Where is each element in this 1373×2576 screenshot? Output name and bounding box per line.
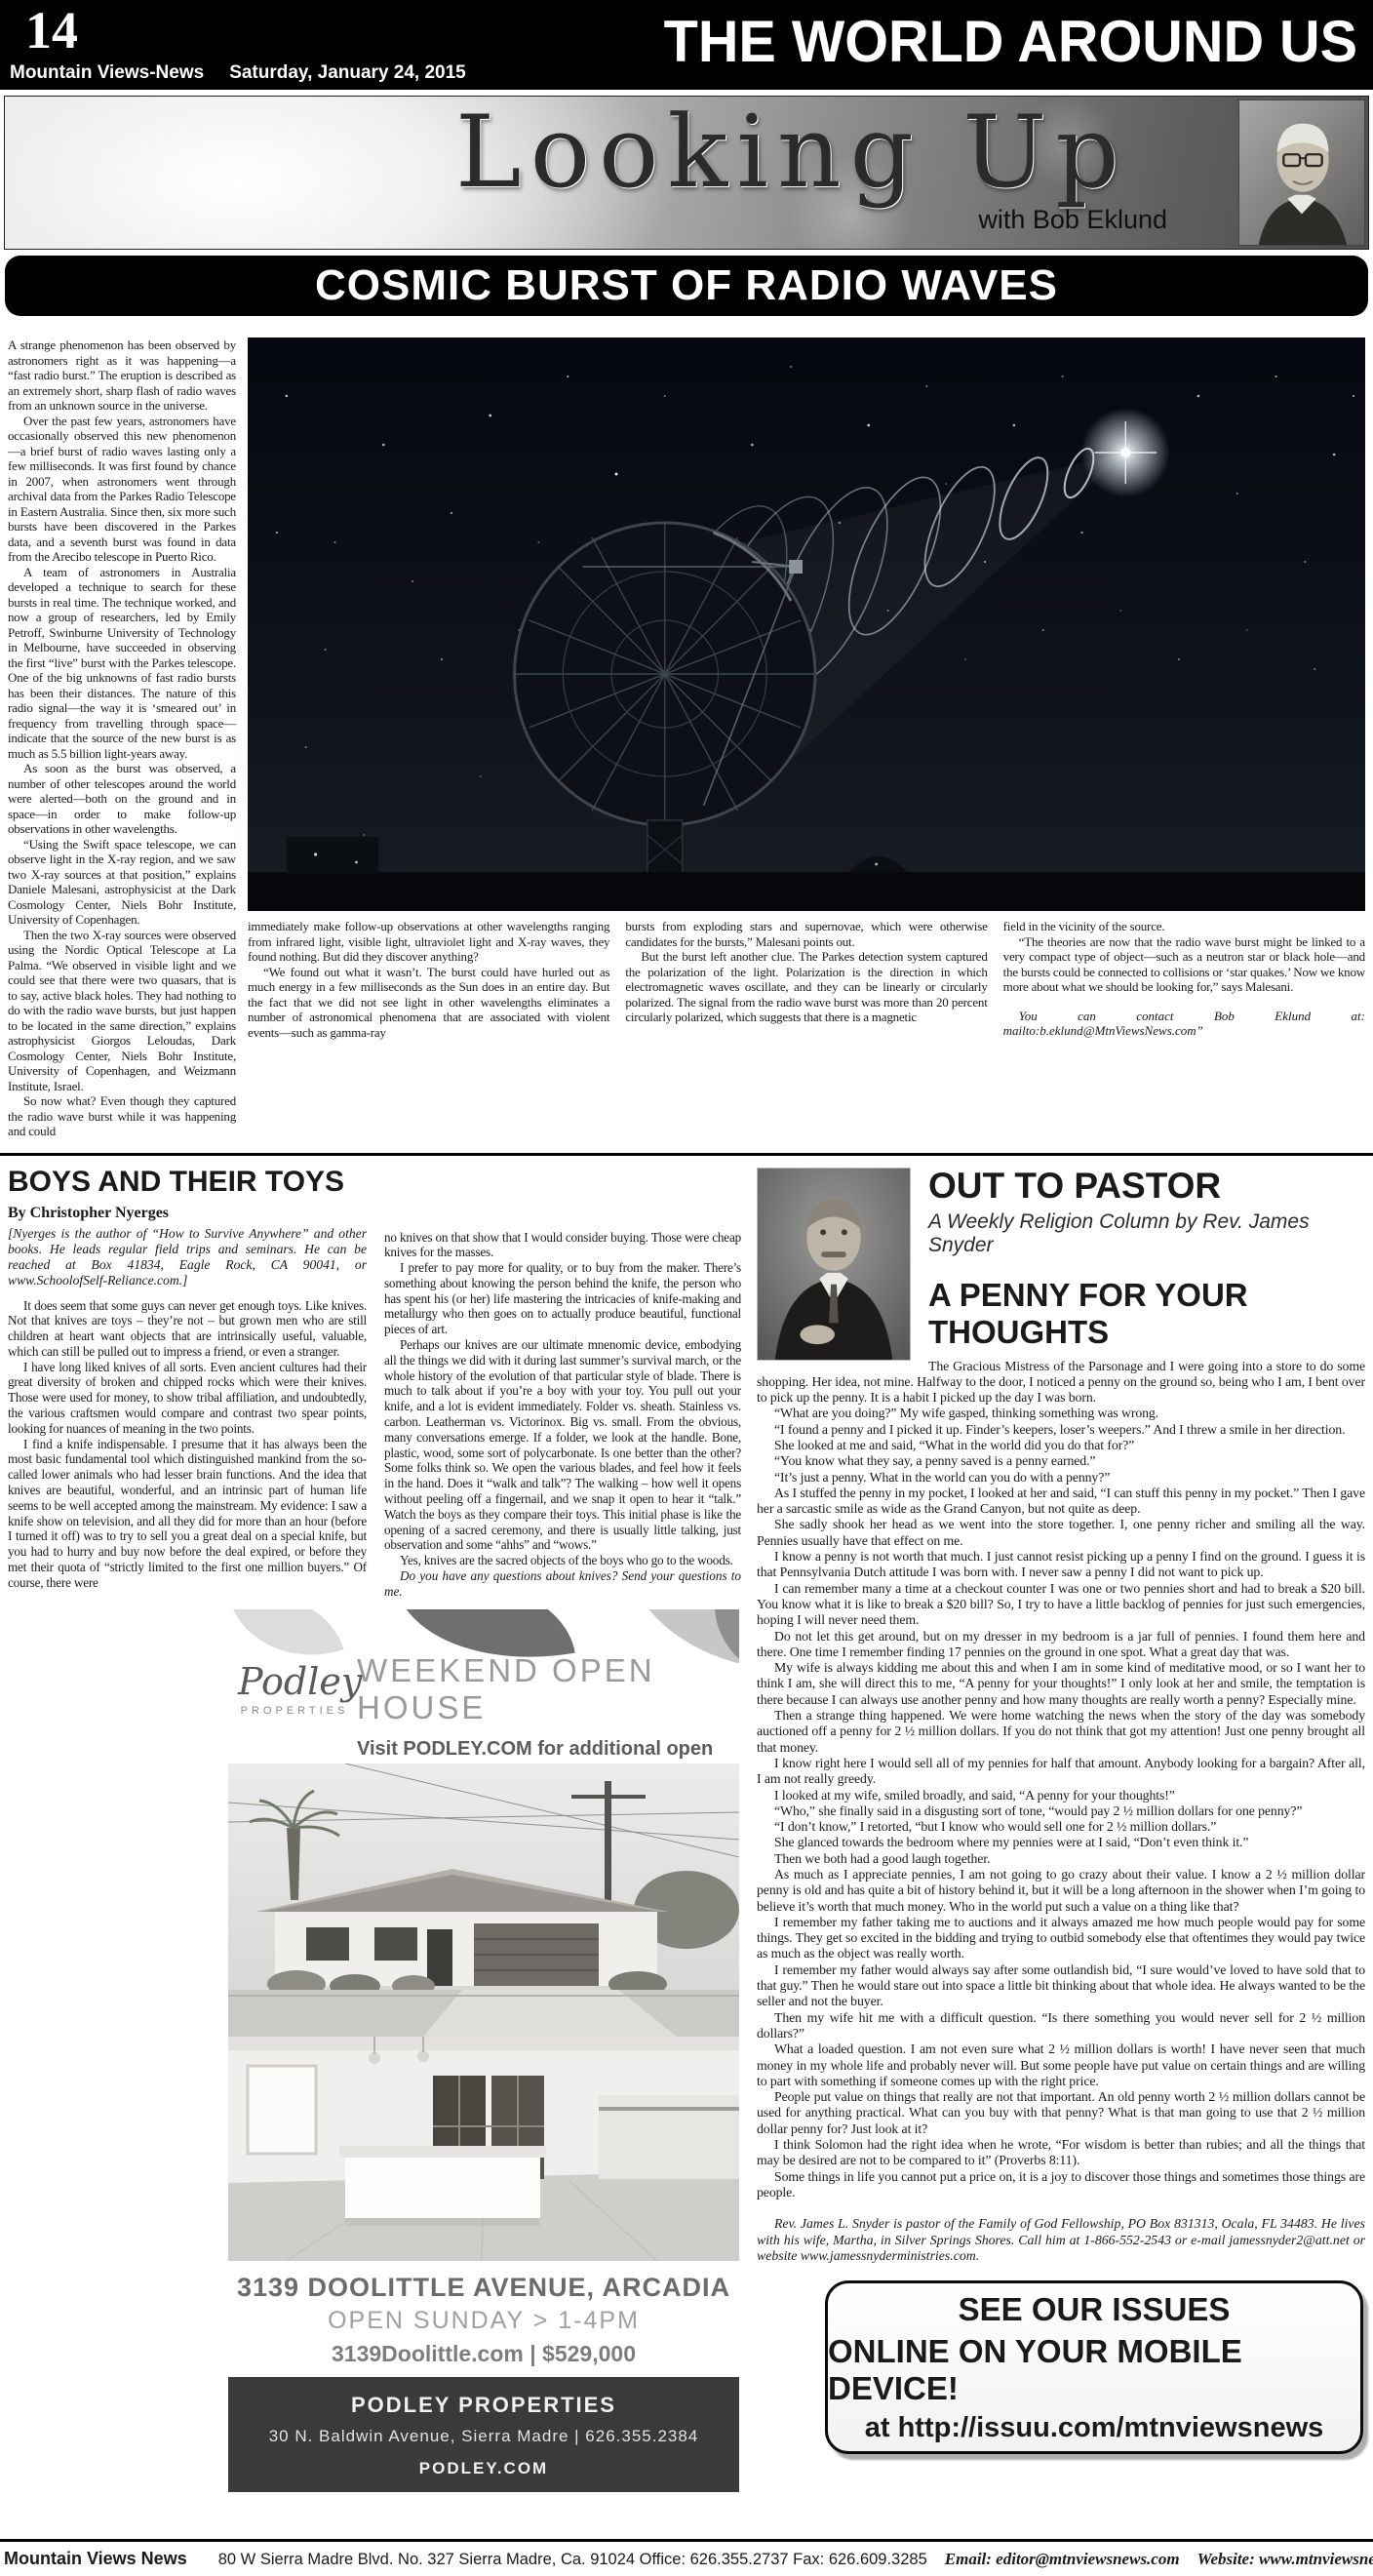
ad-address: 3139 DOOLITTLE AVENUE, ARCADIA xyxy=(228,2273,739,2303)
paragraph: Then a strange thing happened. We were h… xyxy=(757,1708,1365,1756)
paragraph: I remember my father would always say af… xyxy=(757,1962,1365,2010)
paragraph: Then the two X-ray sources were observed… xyxy=(8,928,236,1094)
paragraph: Then we both had a good laugh together. xyxy=(757,1851,1365,1867)
paragraph: A strange phenomenon has been observed b… xyxy=(8,337,236,414)
footer-email: Email: editor@mtnviewsnews.com xyxy=(945,2550,1180,2568)
paragraph: bursts from exploding stars and supernov… xyxy=(625,919,987,949)
bottom-area: BOYS AND THEIR TOYS By Christopher Nyerg… xyxy=(0,1156,1373,2492)
boys-column-2: no knives on that show that I would cons… xyxy=(384,1205,741,1600)
paragraph: She looked at me and said, “What in the … xyxy=(757,1438,1365,1453)
boys-column-1: By Christopher Nyerges [Nyerges is the a… xyxy=(8,1205,367,1600)
paragraph: “It’s just a penny. What in the world ca… xyxy=(757,1470,1365,1486)
paragraph: “I found a penny and I picked it up. Fin… xyxy=(757,1422,1365,1438)
boys-byline: By Christopher Nyerges xyxy=(8,1205,367,1222)
podley-ad-header: Podley PROPERTIES WEEKEND OPEN HOUSE Vis… xyxy=(228,1609,739,1764)
boys-column-1-text: It does seem that some guys can never ge… xyxy=(8,1298,367,1591)
cosmic-column-1: A strange phenomenon has been observed b… xyxy=(8,337,236,1139)
ad-address-block: 3139 DOOLITTLE AVENUE, ARCADIA OPEN SUND… xyxy=(228,2261,739,2377)
contact-line: You can contact Bob Eklund at: mailto:b.… xyxy=(1003,1009,1365,1039)
bob-eklund-photo xyxy=(1238,99,1365,246)
ad-footer-address: 30 N. Baldwin Avenue, Sierra Madre | 626… xyxy=(228,2427,739,2446)
paragraph: A team of astronomers in Australia devel… xyxy=(8,565,236,762)
paragraph: I know a penny is not worth that much. I… xyxy=(757,1549,1365,1581)
ad-open-hours: OPEN SUNDAY > 1-4PM xyxy=(228,2307,739,2335)
paragraph: My wife is always kidding me about this … xyxy=(757,1660,1365,1708)
pastor-text: The Gracious Mistress of the Parsonage a… xyxy=(757,1359,1365,2201)
cosmic-column-4: field in the vicinity of the source.“The… xyxy=(1003,919,1365,1040)
cosmic-column-3: bursts from exploding stars and supernov… xyxy=(625,919,987,1040)
paragraph: I have long liked knives of all sorts. E… xyxy=(8,1360,367,1437)
paragraph: As I stuffed the penny in my pocket, I l… xyxy=(757,1486,1365,1518)
paragraph: Over the past few years, astronomers hav… xyxy=(8,414,236,565)
cosmic-article: A strange phenomenon has been observed b… xyxy=(0,316,1373,1139)
podley-ad: Podley PROPERTIES WEEKEND OPEN HOUSE Vis… xyxy=(228,1609,739,2492)
top-bar: 14 Mountain Views-NewsSaturday, January … xyxy=(0,0,1373,90)
paragraph: I prefer to pay more for quality, or to … xyxy=(384,1260,741,1337)
page-footer: Mountain Views News 80 W Sierra Madre Bl… xyxy=(0,2539,1373,2576)
paragraph: What a loaded question. I am not even su… xyxy=(757,2041,1365,2089)
paragraph: As much as I appreciate pennies, I am no… xyxy=(757,1867,1365,1915)
radio-telescope-photo xyxy=(248,337,1365,911)
bottom-left-area: BOYS AND THEIR TOYS By Christopher Nyerg… xyxy=(8,1164,741,2492)
paragraph: I remember my father taking me to auctio… xyxy=(757,1915,1365,1962)
issue-date: Saturday, January 24, 2015 xyxy=(229,62,466,83)
paragraph: I know right here I would sell all of my… xyxy=(757,1756,1365,1788)
paragraph: People put value on things that really a… xyxy=(757,2089,1365,2137)
paragraph: I looked at my wife, smiled broadly, and… xyxy=(757,1788,1365,1803)
paragraph: She glanced towards the bedroom where my… xyxy=(757,1835,1365,1850)
issues-box: SEE OUR ISSUES ONLINE ON YOUR MOBILE DEV… xyxy=(825,2280,1363,2454)
cosmic-column-2: immediately make follow-up observations … xyxy=(248,919,609,1040)
paragraph: “I don’t know,” I retorted, “but I know … xyxy=(757,1819,1365,1835)
paragraph: Yes, knives are the sacred objects of th… xyxy=(384,1553,741,1568)
cosmic-headline: COSMIC BURST OF RADIO WAVES xyxy=(315,261,1058,310)
paragraph: She sadly shook her head as we went into… xyxy=(757,1517,1365,1549)
podley-logo: Podley PROPERTIES xyxy=(238,1660,351,1717)
paragraph: “What are you doing?” My wife gasped, th… xyxy=(757,1406,1365,1421)
paragraph: I can remember many a time at a checkout… xyxy=(757,1581,1365,1629)
house-exterior-photo xyxy=(228,1764,739,2037)
paragraph: It does seem that some guys can never ge… xyxy=(8,1298,367,1360)
paragraph: Do not let this get around, but on my dr… xyxy=(757,1629,1365,1661)
cosmic-column-4-text: field in the vicinity of the source.“The… xyxy=(1003,919,1365,995)
looking-up-banner: Looking Up with Bob Eklund xyxy=(4,96,1369,250)
footer-address: 80 W Sierra Madre Blvd. No. 327 Sierra M… xyxy=(218,2551,927,2568)
masthead-name: Mountain Views-News xyxy=(10,62,204,83)
ad-footer-name: PODLEY PROPERTIES xyxy=(228,2393,739,2418)
paragraph: Then my wife hit me with a difficult que… xyxy=(757,2010,1365,2042)
cosmic-continued-columns: immediately make follow-up observations … xyxy=(248,919,1365,1040)
paragraph: Perhaps our knives are our ultimate mnen… xyxy=(384,1337,741,1553)
boys-closing: Do you have any questions about knives? … xyxy=(384,1568,741,1600)
paragraph: no knives on that show that I would cons… xyxy=(384,1230,741,1261)
paragraph: As soon as the burst was observed, a num… xyxy=(8,761,236,837)
paragraph: “Using the Swift space telescope, we can… xyxy=(8,837,236,928)
masthead: Mountain Views-NewsSaturday, January 24,… xyxy=(10,62,466,84)
paragraph: immediately make follow-up observations … xyxy=(248,919,609,965)
paragraph: “Who,” she finally said in a disgusting … xyxy=(757,1803,1365,1819)
ad-footer-site: PODLEY.COM xyxy=(228,2459,739,2478)
paragraph: So now what? Even though they captured t… xyxy=(8,1093,236,1139)
boys-article: By Christopher Nyerges [Nyerges is the a… xyxy=(8,1205,741,1600)
issues-line-3: at http://issuu.com/mtnviewsnews xyxy=(865,2412,1324,2444)
ad-headline: WEEKEND OPEN HOUSE xyxy=(357,1652,739,1726)
ad-footer-panel: PODLEY PROPERTIES 30 N. Baldwin Avenue, … xyxy=(228,2377,739,2492)
paragraph: Some things in life you cannot put a pri… xyxy=(757,2169,1365,2201)
page-number: 14 xyxy=(25,0,78,60)
section-banner-title: THE WORLD AROUND US xyxy=(664,8,1357,75)
footer-name: Mountain Views News xyxy=(4,2549,187,2568)
paragraph: “The theories are now that the radio wav… xyxy=(1003,934,1365,995)
podley-logo-script: Podley xyxy=(238,1660,351,1703)
looking-up-title: Looking Up xyxy=(455,96,1128,211)
paragraph: field in the vicinity of the source. xyxy=(1003,919,1365,934)
paragraph: The Gracious Mistress of the Parsonage a… xyxy=(757,1359,1365,1407)
pastor-footer-note: Rev. James L. Snyder is pastor of the Fa… xyxy=(757,2216,1365,2265)
james-snyder-photo xyxy=(757,1168,911,1361)
cosmic-headline-bar: COSMIC BURST OF RADIO WAVES xyxy=(5,256,1368,316)
footer-website: Website: www.mtnviewsnews.com xyxy=(1197,2550,1373,2568)
issues-line-2: ONLINE ON YOUR MOBILE DEVICE! xyxy=(828,2333,1360,2407)
boys-column-2-text: no knives on that show that I would cons… xyxy=(384,1230,741,1569)
paragraph: “We found out what it wasn’t. The burst … xyxy=(248,965,609,1041)
cosmic-right-area: immediately make follow-up observations … xyxy=(248,337,1365,1139)
boys-intro: [Nyerges is the author of “How to Surviv… xyxy=(8,1226,367,1288)
boys-title: BOYS AND THEIR TOYS xyxy=(8,1166,741,1199)
paragraph: I find a knife indispensable. I presume … xyxy=(8,1437,367,1591)
ad-site-price: 3139Doolittle.com | $529,000 xyxy=(228,2341,739,2367)
podley-logo-sub: PROPERTIES xyxy=(238,1705,351,1717)
issues-line-1: SEE OUR ISSUES xyxy=(959,2291,1231,2328)
house-interior-photo xyxy=(228,2037,739,2261)
ad-subheadline: Visit PODLEY.COM for additional open hou… xyxy=(357,1736,739,1764)
pastor-section: OUT TO PASTOR A Weekly Religion Column b… xyxy=(757,1164,1365,2492)
paragraph: But the burst left another clue. The Par… xyxy=(625,949,987,1025)
newspaper-page: 14 Mountain Views-NewsSaturday, January … xyxy=(0,0,1373,2576)
paragraph: I think Solomon had the right idea when … xyxy=(757,2137,1365,2169)
looking-up-byline: with Bob Eklund xyxy=(978,205,1167,235)
paragraph: “You know what they say, a penny saved i… xyxy=(757,1453,1365,1469)
